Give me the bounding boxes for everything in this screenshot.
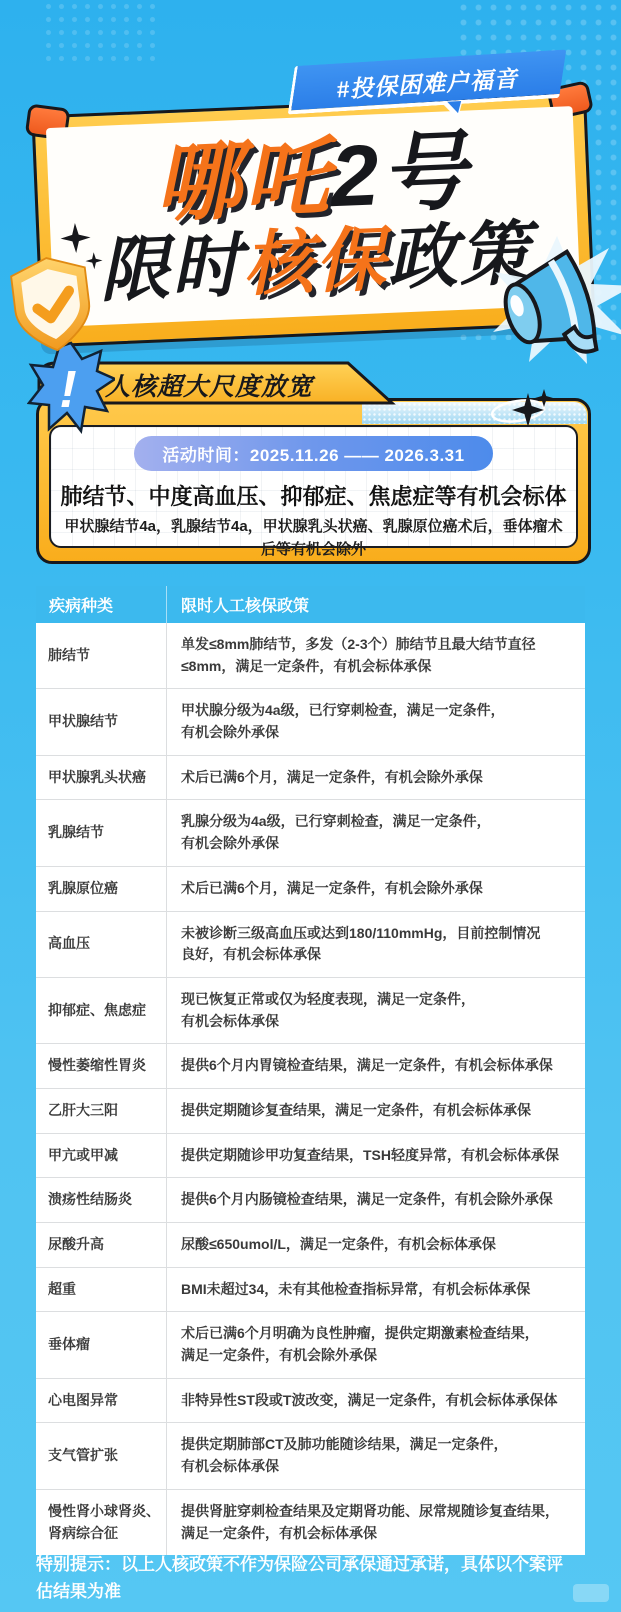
disease-cell: 尿酸升高	[36, 1223, 167, 1267]
disease-cell: 甲亢或甲减	[36, 1134, 167, 1178]
table-row: 溃疡性结肠炎提供6个月内肠镜检查结果，满足一定条件，有机会除外承保	[36, 1177, 585, 1222]
hero-title-black: 2号	[329, 123, 471, 225]
disease-cell: 垂体瘤	[36, 1312, 167, 1377]
exclaim-glyph: !	[59, 361, 76, 419]
policy-cell: 未被诊断三级高血压或达到180/110mmHg，目前控制情况 良好，有机会标体承…	[167, 912, 585, 977]
policy-cell: 提供6个月内肠镜检查结果，满足一定条件，有机会除外承保	[167, 1178, 585, 1222]
disease-cell: 溃疡性结肠炎	[36, 1178, 167, 1222]
table-row: 垂体瘤术后已满6个月明确为良性肿瘤，提供定期激素检查结果， 满足一定条件，有机会…	[36, 1311, 585, 1377]
policy-cell: 提供定期随诊复查结果，满足一定条件，有机会标体承保	[167, 1089, 585, 1133]
table-row: 甲状腺结节甲状腺分级为4a级，已行穿刺检查，满足一定条件， 有机会除外承保	[36, 688, 585, 754]
policy-cell: 非特异性ST段或T波改变，满足一定条件，有机会标体承保体	[167, 1379, 585, 1423]
table-row: 心电图异常非特异性ST段或T波改变，满足一定条件，有机会标体承保体	[36, 1378, 585, 1423]
policy-cell: 尿酸≤650umol/L，满足一定条件，有机会标体承保	[167, 1223, 585, 1267]
activity-period-pill: 活动时间：2025.11.26 —— 2026.3.31	[134, 436, 492, 471]
policy-cell: 术后已满6个月，满足一定条件，有机会除外承保	[167, 756, 585, 800]
table-row: 乳腺结节乳腺分级为4a级，已行穿刺检查，满足一定条件， 有机会除外承保	[36, 799, 585, 865]
policy-table: 疾病种类 限时人工核保政策 肺结节单发≤8mm肺结节，多发（2-3个）肺结节且最…	[36, 586, 585, 1555]
relax-body: 活动时间：2025.11.26 —— 2026.3.31 肺结节、中度高血压、抑…	[49, 425, 578, 548]
disease-cell: 乳腺结节	[36, 800, 167, 865]
policy-cell: 提供定期随诊甲功复查结果，TSH轻度异常，有机会标体承保	[167, 1134, 585, 1178]
hero-title-orange: 哪吒	[153, 129, 333, 232]
relax-exclusion: 甲状腺结节4a，乳腺结节4a，甲状腺乳头状癌、乳腺原位癌术后，垂体瘤术后等有机会…	[51, 516, 576, 561]
disease-cell: 慢性肾小球肾炎、 肾病综合征	[36, 1490, 167, 1555]
table-row: 乙肝大三阳提供定期随诊复查结果，满足一定条件，有机会标体承保	[36, 1088, 585, 1133]
relax-card: 人核超大尺度放宽 ! 活动时间：2025.11.26 —— 2026.3.31 …	[36, 398, 591, 564]
table-row: 尿酸升高尿酸≤650umol/L，满足一定条件，有机会标体承保	[36, 1222, 585, 1267]
table-row: 超重BMI未超过34，未有其他检查指标异常，有机会标体承保	[36, 1267, 585, 1312]
table-row: 高血压未被诊断三级高血压或达到180/110mmHg，目前控制情况 良好，有机会…	[36, 911, 585, 977]
table-header-row: 疾病种类 限时人工核保政策	[36, 586, 585, 623]
poster: 哪吒2号 限时核保政策 #投保困难户福音	[0, 0, 621, 1612]
policy-cell: 甲状腺分级为4a级，已行穿刺检查，满足一定条件， 有机会除外承保	[167, 689, 585, 754]
table-row: 甲亢或甲减提供定期随诊甲功复查结果，TSH轻度异常，有机会标体承保	[36, 1133, 585, 1178]
table-row: 慢性肾小球肾炎、 肾病综合征提供肾脏穿刺检查结果及定期肾功能、尿常规随诊复查结果…	[36, 1489, 585, 1555]
table-row: 乳腺原位癌术后已满6个月，满足一定条件，有机会除外承保	[36, 866, 585, 911]
halftone-dots-top-left	[42, 0, 162, 66]
disease-cell: 肺结节	[36, 623, 167, 688]
disease-cell: 慢性萎缩性胃炎	[36, 1044, 167, 1088]
disease-cell: 甲状腺结节	[36, 689, 167, 754]
special-note: 特别提示：以上人核政策不作为保险公司承保通过承诺，具体以个案评估结果为准	[36, 1551, 566, 1605]
table-header-disease: 疾病种类	[36, 586, 167, 623]
disease-cell: 高血压	[36, 912, 167, 977]
table-row: 甲状腺乳头状癌术后已满6个月，满足一定条件，有机会除外承保	[36, 755, 585, 800]
shield-check-icon	[4, 254, 100, 356]
policy-cell: 提供6个月内胃镜检查结果，满足一定条件，有机会标体承保	[167, 1044, 585, 1088]
policy-cell: 现已恢复正常或仅为轻度表现，满足一定条件， 有机会标体承保	[167, 978, 585, 1043]
table-header-policy: 限时人工核保政策	[167, 586, 585, 623]
hero-title-line1: 哪吒2号	[153, 128, 470, 229]
disease-cell: 超重	[36, 1268, 167, 1312]
policy-cell: 术后已满6个月，满足一定条件，有机会除外承保	[167, 867, 585, 911]
disease-cell: 抑郁症、焦虑症	[36, 978, 167, 1043]
hero-title-line2: 限时核保政策	[98, 218, 533, 307]
table-row: 支气管扩张提供定期肺部CT及肺功能随诊结果，满足一定条件， 有机会标体承保	[36, 1422, 585, 1488]
policy-table-body: 肺结节单发≤8mm肺结节，多发（2-3个）肺结节且最大结节直径 ≤8mm，满足一…	[36, 623, 585, 1555]
watermark-badge	[573, 1584, 609, 1602]
sparkle-icon	[60, 222, 91, 253]
relax-title: 人核超大尺度放宽	[105, 367, 365, 403]
policy-cell: 提供肾脏穿刺检查结果及定期肾功能、尿常规随诊复查结果， 满足一定条件，有机会标体…	[167, 1490, 585, 1555]
policy-cell: 乳腺分级为4a级，已行穿刺检查，满足一定条件， 有机会除外承保	[167, 800, 585, 865]
megaphone-icon	[485, 236, 621, 376]
disease-cell: 支气管扩张	[36, 1423, 167, 1488]
disease-cell: 甲状腺乳头状癌	[36, 756, 167, 800]
policy-cell: 提供定期肺部CT及肺功能随诊结果，满足一定条件， 有机会标体承保	[167, 1423, 585, 1488]
policy-cell: BMI未超过34，未有其他检查指标异常，有机会标体承保	[167, 1268, 585, 1312]
relax-highlight: 肺结节、中度高血压、抑郁症、焦虑症等有机会标体	[60, 480, 566, 511]
table-row: 肺结节单发≤8mm肺结节，多发（2-3个）肺结节且最大结节直径 ≤8mm，满足一…	[36, 623, 585, 688]
disease-cell: 乙肝大三阳	[36, 1089, 167, 1133]
disease-cell: 心电图异常	[36, 1379, 167, 1423]
table-row: 抑郁症、焦虑症现已恢复正常或仅为轻度表现，满足一定条件， 有机会标体承保	[36, 977, 585, 1043]
policy-cell: 单发≤8mm肺结节，多发（2-3个）肺结节且最大结节直径 ≤8mm，满足一定条件…	[167, 623, 585, 688]
table-row: 慢性萎缩性胃炎提供6个月内胃镜检查结果，满足一定条件，有机会标体承保	[36, 1043, 585, 1088]
disease-cell: 乳腺原位癌	[36, 867, 167, 911]
sparkle-ellipse-icon	[484, 387, 560, 427]
policy-cell: 术后已满6个月明确为良性肿瘤，提供定期激素检查结果， 满足一定条件，有机会除外承…	[167, 1312, 585, 1377]
